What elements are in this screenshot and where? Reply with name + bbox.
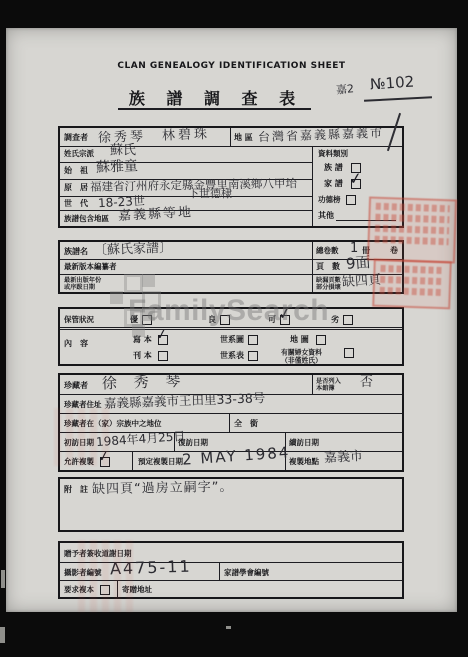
condition-lie-checkbox bbox=[343, 315, 353, 325]
logo-square bbox=[124, 274, 143, 293]
red-ink-bleed bbox=[54, 408, 114, 466]
table-basic-info: 調查者 徐秀琴 林碧珠 地 區 台灣省嘉義縣嘉義市 姓氏宗派 蘇氏 始 祖 蘇雅… bbox=[58, 126, 404, 228]
scan-speck bbox=[226, 626, 231, 629]
grid-line bbox=[219, 562, 220, 580]
surname-value: 蘇氏 bbox=[110, 144, 136, 157]
volumes-label: 總卷數 bbox=[316, 247, 339, 255]
stamp-text-row bbox=[376, 203, 450, 213]
women-data-label: 有關婦女資料 bbox=[281, 349, 322, 356]
coverage-label: 族譜包含地區 bbox=[64, 215, 109, 223]
missing-pages-label-1: 缺漏頁數 bbox=[316, 277, 341, 284]
founder-label: 始 祖 bbox=[64, 167, 88, 175]
copy-place-label: 複製地點 bbox=[289, 458, 319, 466]
copy-date-label: 預定複製日期 bbox=[138, 458, 183, 466]
pub-year-label-2: 或序跋日期 bbox=[64, 284, 95, 291]
title-underline bbox=[118, 108, 311, 110]
pedigree-chart-checkbox bbox=[248, 335, 258, 345]
owner-value: 徐 秀 琴 bbox=[102, 374, 187, 392]
category-zupu-label: 族 譜 bbox=[324, 164, 343, 172]
grid-line bbox=[230, 128, 231, 146]
second-visit-label: 復訪日期 bbox=[178, 439, 208, 447]
pages-label: 頁 數 bbox=[316, 263, 340, 271]
pub-year-label-1: 最新出版年份 bbox=[64, 277, 101, 284]
category-gongde-label: 功德榜 bbox=[318, 196, 341, 204]
chinese-title: 族 譜 調 查 表 bbox=[91, 86, 341, 109]
generations-note: 下世德棣 bbox=[188, 188, 232, 199]
familysearch-watermark-text: FamilySearch bbox=[128, 294, 329, 328]
scan-background: CLAN GENEALOGY IDENTIFICATION SHEET 族 譜 … bbox=[0, 0, 468, 657]
printed-label: 刊 本 bbox=[133, 352, 152, 360]
stamp-text-row bbox=[375, 236, 449, 246]
stamp-text-row bbox=[375, 214, 449, 224]
stamp-text-row bbox=[375, 225, 449, 235]
women-data-checkbox bbox=[344, 348, 354, 358]
logo-square bbox=[110, 291, 123, 304]
listed-value: 否 bbox=[360, 376, 373, 389]
stamp-text-row bbox=[380, 265, 444, 274]
area-label: 地 區 bbox=[234, 134, 253, 142]
generations-label: 世 代 bbox=[64, 200, 88, 208]
grid-line bbox=[132, 451, 133, 470]
category-jiapu-label: 家 譜 bbox=[324, 180, 343, 188]
grid-line bbox=[312, 242, 313, 292]
owner-address-value: 嘉義縣嘉義市王田里33-38号 bbox=[104, 392, 266, 410]
origin-label: 原 居 bbox=[64, 184, 88, 192]
category-label: 資料類別 bbox=[318, 150, 348, 158]
pedigree-chart-label: 世系圖 bbox=[220, 336, 244, 344]
listed-label-1: 是否列入 bbox=[316, 378, 341, 385]
scan-speck bbox=[1, 570, 5, 588]
condition-lie-label: 劣 bbox=[331, 316, 339, 324]
copy-place-value: 嘉義市 bbox=[324, 450, 364, 465]
page-number-underline bbox=[364, 96, 432, 102]
missing-pages-label-2: 部分損壞 bbox=[316, 284, 341, 291]
jiapu-checkmark: ✓ bbox=[348, 170, 364, 188]
page-code-handwritten: 嘉2 bbox=[336, 83, 355, 96]
stamp-text-row bbox=[380, 276, 444, 285]
grid-line bbox=[229, 413, 230, 432]
copy-date-value: 2 MAY 1984 bbox=[182, 445, 291, 468]
genealogy-title-value: 〔蘇氏家譜〕 bbox=[94, 242, 172, 258]
followup-visit-label: 續訪日期 bbox=[289, 439, 319, 447]
area-value: 台灣省嘉義縣嘉義市 bbox=[258, 127, 384, 143]
paper: CLAN GENEALOGY IDENTIFICATION SHEET 族 譜 … bbox=[6, 28, 457, 612]
grid-line bbox=[312, 146, 313, 226]
notes-value: 缺四頁“過房立嗣字”。 bbox=[92, 481, 234, 496]
category-other-label: 其他 bbox=[318, 212, 334, 220]
stamp-text-row bbox=[380, 287, 444, 296]
listed-label-2: 本館簿 bbox=[316, 385, 335, 392]
society-number-label: 家譜學會編號 bbox=[224, 569, 269, 577]
table-notes: 附 註 缺四頁“過房立嗣字”。 bbox=[58, 477, 404, 532]
founder-value: 蘇雅童 bbox=[96, 159, 138, 174]
pedigree-table-label: 世系表 bbox=[220, 352, 244, 360]
map-label: 地 圖 bbox=[290, 336, 309, 344]
editor-label: 最新版本編纂者 bbox=[64, 263, 117, 271]
manuscript-label: 寫 本 bbox=[133, 336, 152, 344]
printed-checkbox bbox=[158, 351, 168, 361]
logo-square bbox=[142, 274, 155, 287]
pedigree-table-checkbox bbox=[248, 351, 258, 361]
surname-label: 姓氏宗派 bbox=[64, 150, 94, 158]
condition-label: 保管狀況 bbox=[64, 316, 94, 324]
genealogy-title-label: 族譜名 bbox=[64, 248, 88, 256]
grid-line bbox=[312, 375, 313, 394]
page-number-handwritten: №102 bbox=[370, 74, 415, 92]
contents-label: 內 容 bbox=[64, 340, 88, 348]
women-data-note: （非僅姓氏） bbox=[281, 357, 322, 364]
english-title: CLAN GENEALOGY IDENTIFICATION SHEET bbox=[6, 62, 457, 71]
scan-speck bbox=[0, 627, 5, 643]
notes-label: 附 註 bbox=[64, 486, 88, 494]
gongde-checkbox bbox=[346, 195, 356, 205]
owner-label: 珍藏者 bbox=[64, 382, 88, 390]
red-seal-stamp bbox=[367, 196, 457, 263]
full-title-label: 全 銜 bbox=[234, 420, 258, 428]
investigator-label: 調查者 bbox=[64, 134, 88, 142]
map-checkbox bbox=[316, 335, 326, 345]
coverage-value: 嘉義縣等地 bbox=[118, 206, 194, 223]
red-ink-bleed bbox=[78, 540, 138, 612]
red-seal-stamp bbox=[372, 259, 452, 310]
